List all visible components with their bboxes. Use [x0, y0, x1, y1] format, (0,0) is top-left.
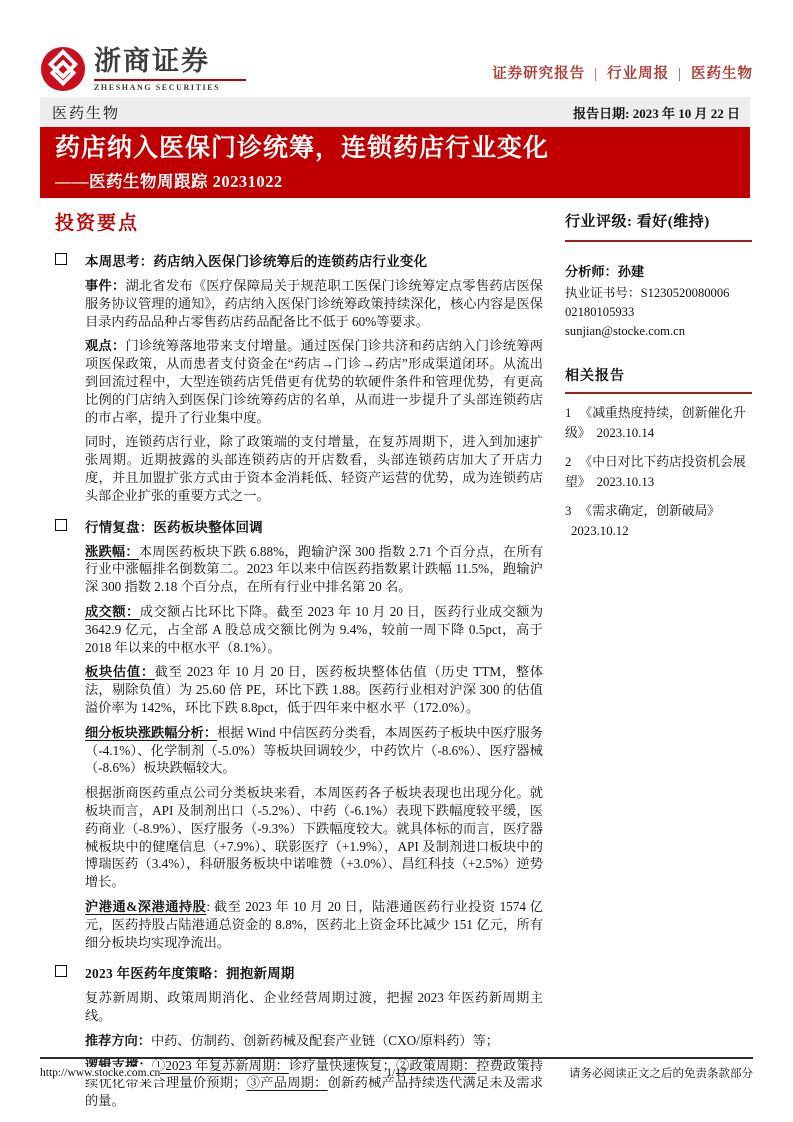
analyst-phone: 02180105933 [565, 303, 752, 322]
section-heading: 行情复盘：医药板块整体回调 [85, 517, 543, 536]
section-heading-text: 本周思考：药店纳入医保门诊统筹后的连锁药店行业变化 [85, 254, 427, 269]
industry-rating: 行业评级: 看好(维持) [565, 210, 752, 231]
analyst-name: 分析师：孙建 [565, 262, 752, 281]
related-report-date: 2023.10.14 [597, 426, 655, 440]
meta-bar: 医药生物 报告日期: 2023 年 10 月 22 日 [40, 97, 750, 127]
tag-report-freq: 行业周报 [607, 66, 669, 82]
related-report-item[interactable]: 3《需求确定，创新破局》2023.10.12 [565, 501, 752, 541]
brand-name-en: ZHESHANG SECURITIES [94, 83, 246, 92]
related-report-date: 2023.10.13 [597, 475, 655, 489]
related-report-name: 《中日对比下药店投资机会展望》 [565, 455, 746, 489]
report-page: 浙商证券 ZHESHANG SECURITIES 证券研究报告|行业周报|医药生… [0, 0, 793, 1122]
brand-name: 浙商证券 [94, 46, 246, 76]
tag-industry: 医药生物 [691, 66, 753, 82]
body-paragraph: 成交额：成交额占比环比下降。截至 2023 年 10 月 20 日，医药行业成交… [85, 603, 543, 656]
square-bullet-icon [55, 965, 67, 977]
page-footer: 1/17 http://www.stocke.com.cn 请务必阅读正文之后的… [40, 1057, 753, 1081]
section-heading: 本周思考：药店纳入医保门诊统筹后的连锁药店行业变化 [85, 251, 543, 270]
tag-separator: | [585, 66, 607, 82]
related-report-index: 2 [565, 455, 571, 469]
analyst-block: 分析师：孙建 执业证书号：S1230520080006 02180105933 … [565, 262, 752, 341]
related-report-index: 1 [565, 406, 571, 420]
related-report-name: 《需求确定，创新破局》 [579, 504, 720, 518]
body-paragraph: 观点：门诊统筹落地带来支付增量。通过医保门诊共济和药店纳入门诊统筹两项医保政策，… [85, 337, 543, 426]
sidebar: 行业评级: 看好(维持) 分析师：孙建 执业证书号：S1230520080006… [565, 210, 752, 541]
analyst-email[interactable]: sunjian@stocke.com.cn [565, 322, 752, 341]
related-report-index: 3 [565, 504, 571, 518]
report-title: 药店纳入医保门诊统筹，连锁药店行业变化 [55, 133, 750, 165]
header-tags: 证券研究报告|行业周报|医药生物 [492, 62, 753, 83]
related-report-item[interactable]: 1《减重热度持续，创新催化升级》2023.10.14 [565, 403, 752, 443]
report-date: 报告日期: 2023 年 10 月 22 日 [573, 103, 740, 122]
body-paragraph: 推荐方向：中药、仿制药、创新药械及配套产业链（CXO/原料药）等； [85, 1032, 543, 1050]
related-report-item[interactable]: 2《中日对比下药店投资机会展望》2023.10.13 [565, 452, 752, 492]
body-paragraph: 复苏新周期、政策周期消化、企业经营周期过渡，把握 2023 年医药新周期主线。 [85, 989, 543, 1025]
tag-separator: | [669, 66, 691, 82]
square-bullet-icon [55, 253, 67, 265]
section-heading-text: 行情复盘：医药板块整体回调 [85, 520, 263, 535]
zheshang-knot-icon [40, 46, 86, 92]
title-banner: 药店纳入医保门诊统筹，连锁药店行业变化 ——医药生物周跟踪 20231022 [40, 127, 750, 198]
body-paragraph: 涨跌幅：本周医药板块下跌 6.88%，跑输沪深 300 指数 2.71 个百分点… [85, 543, 543, 596]
body-paragraph: 板块估值：截至 2023 年 10 月 20 日，医药板块整体估值（历史 TTM… [85, 663, 543, 716]
footer-url[interactable]: http://www.stocke.com.cn [40, 1067, 160, 1079]
body-paragraph: 根据浙商医药重点公司分类板块来看，本周医药各子板块表现也出现分化。就板块而言，A… [85, 784, 543, 891]
body-paragraph: 同时，连锁药店行业，除了政策端的支付增量，在复苏周期下，进入到加速扩张周期。近期… [85, 433, 543, 504]
square-bullet-icon [55, 519, 67, 531]
tag-report-type: 证券研究报告 [492, 66, 585, 82]
brand-rule [94, 79, 246, 81]
key-points-title: 投资要点 [55, 208, 543, 235]
brand-logo: 浙商证券 ZHESHANG SECURITIES [40, 46, 246, 92]
body-paragraph: 事件：湖北省发布《医疗保障局关于规范职工医保门诊统筹定点零售药店医保服务协议管理… [85, 277, 543, 330]
analyst-cert-no: 执业证书号：S1230520080006 [565, 284, 752, 303]
related-divider [565, 392, 752, 394]
body-paragraph: 沪港通&深港通持股: 截至 2023 年 10 月 20 日，陆港通医药行业投资… [85, 898, 543, 951]
section-heading-text: 2023 年医药年度策略：拥抱新周期 [85, 966, 295, 981]
rating-divider [565, 240, 752, 242]
main-content: 投资要点 本周思考：药店纳入医保门诊统筹后的连锁药店行业变化 事件：湖北省发布《… [85, 208, 543, 1117]
related-reports-title: 相关报告 [565, 365, 752, 385]
section-heading: 2023 年医药年度策略：拥抱新周期 [85, 963, 543, 982]
report-subtitle: ——医药生物周跟踪 20231022 [55, 168, 750, 192]
body-paragraph: 细分板块涨跌幅分析：根据 Wind 中信医药分类看，本周医药子板块中医疗服务（-… [85, 724, 543, 777]
related-report-date: 2023.10.12 [571, 524, 629, 538]
related-report-name: 《减重热度持续，创新催化升级》 [565, 406, 746, 440]
industry-label: 医药生物 [52, 102, 120, 123]
footer-disclaimer: 请务必阅读正文之后的免责条款部分 [569, 1065, 753, 1081]
